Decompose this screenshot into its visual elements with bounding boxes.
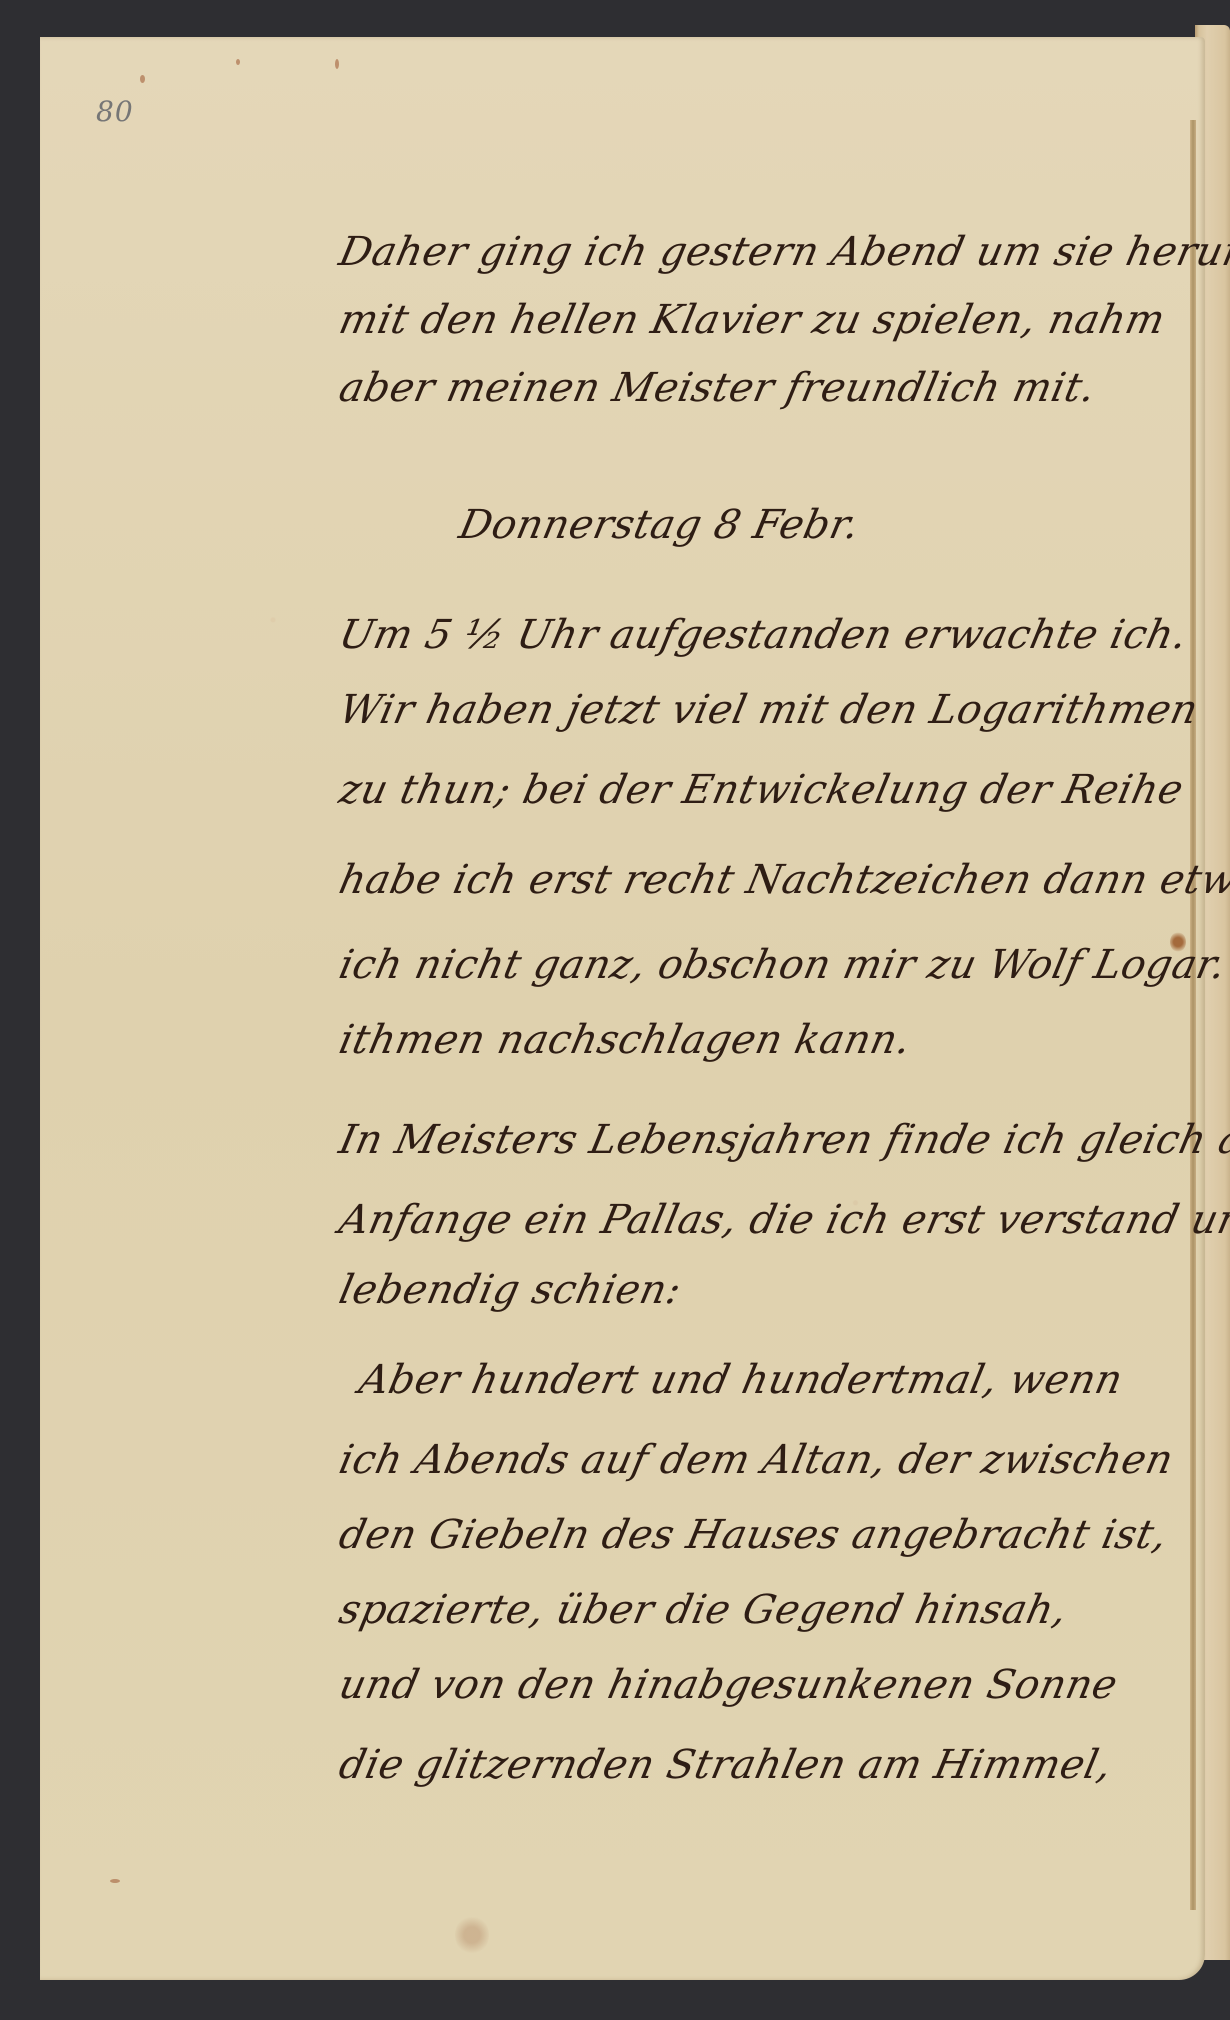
text-line: spazierte, über die Gegend hinsah, (336, 1590, 1071, 1630)
text-line: habe ich erst recht Nachtzeichen dann et… (336, 860, 1230, 900)
text-line: zu thun; bei der Entwickelung der Reihe (336, 770, 1187, 810)
text-line: ithmen nachschlagen kann. (336, 1020, 915, 1060)
gutter-fold (1190, 120, 1196, 1910)
text-line: lebendig schien: (336, 1270, 685, 1310)
ink-speck (140, 75, 145, 83)
text-line: Anfange ein Pallas, die ich erst verstan… (336, 1200, 1230, 1240)
text-line: und von den hinabgesunkenen Sonne (336, 1665, 1121, 1705)
text-line: ich nicht ganz, obschon mir zu Wolf Loga… (336, 945, 1230, 985)
ink-speck (236, 59, 240, 65)
text-line: aber meinen Meister freundlich mit. (336, 368, 1100, 408)
ink-speck (110, 1879, 120, 1883)
text-line: Wir haben jetzt viel mit den Logarithmen (336, 690, 1202, 730)
text-line: Um 5 ½ Uhr aufgestanden erwachte ich. (336, 615, 1191, 655)
folio-number: 80 (96, 95, 134, 128)
text-line: Daher ging ich gestern Abend um sie heru… (336, 232, 1230, 272)
date-heading: Donnerstag 8 Febr. (456, 505, 863, 545)
text-line: mit den hellen Klavier zu spielen, nahm (336, 300, 1169, 340)
text-line: den Giebeln des Hauses angebracht ist, (336, 1515, 1171, 1555)
ink-speck (335, 59, 339, 69)
text-line: die glitzernden Strahlen am Himmel, (336, 1745, 1116, 1785)
paper-stain (455, 1915, 489, 1955)
text-line: ich Abends auf dem Altan, der zwischen (336, 1440, 1177, 1480)
text-line: In Meisters Lebensjahren finde ich gleic… (336, 1120, 1230, 1160)
text-line: Aber hundert und hundertmal, wenn (356, 1360, 1127, 1400)
